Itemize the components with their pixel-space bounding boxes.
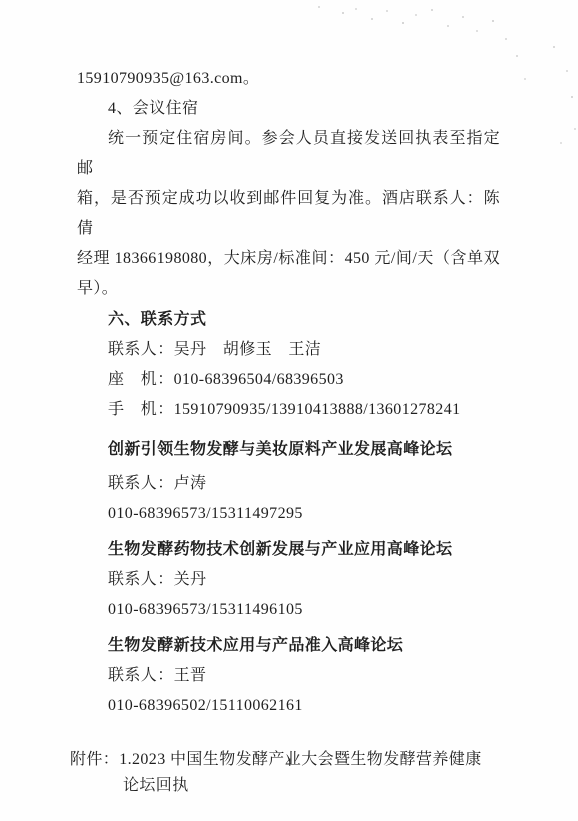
contact-persons-line: 联系人：吴丹 胡修玉 王洁 [77, 335, 500, 365]
forum-contact-line: 联系人：王晋 [77, 661, 500, 691]
contact-section-heading: 六、联系方式 [77, 305, 500, 335]
accommodation-body-line: 箱，是否预定成功以收到邮件回复为准。酒店联系人：陈倩 [77, 184, 500, 244]
accommodation-body-line: 经理 18366198080，大床房/标准间：450 元/间/天（含单双 [77, 244, 500, 274]
forum-title: 生物发酵药物技术创新发展与产业应用高峰论坛 [77, 535, 500, 565]
accommodation-heading: 4、会议住宿 [77, 94, 500, 124]
forum-title: 创新引领生物发酵与美妆原料产业发展高峰论坛 [77, 435, 500, 465]
forum-section: 创新引领生物发酵与美妆原料产业发展高峰论坛 联系人：卢涛 010-6839657… [77, 435, 500, 529]
accommodation-body-line: 早）。 [77, 274, 500, 304]
forum-title: 生物发酵新技术应用与产品准入高峰论坛 [77, 631, 500, 661]
forum-phone-line: 010-68396573/15311497295 [77, 499, 500, 529]
forum-contact-line: 联系人：关丹 [77, 565, 500, 595]
page-number: 4 [77, 750, 500, 774]
landline-phone-line: 座 机：010-68396504/68396503 [77, 365, 500, 395]
document-page: 15910790935@163.com。 4、会议住宿 统一预定住宿房间。参会人… [0, 0, 578, 821]
forum-phone-line: 010-68396573/15311496105 [77, 595, 500, 625]
attachment-line: 论坛回执 [123, 773, 500, 799]
forum-section: 生物发酵药物技术创新发展与产业应用高峰论坛 联系人：关丹 010-6839657… [77, 535, 500, 625]
email-continuation-line: 15910790935@163.com。 [77, 64, 500, 94]
forum-section: 生物发酵新技术应用与产品准入高峰论坛 联系人：王晋 010-68396502/1… [77, 631, 500, 721]
mobile-phone-line: 手 机：15910790935/13910413888/13601278241 [77, 395, 500, 425]
scan-noise-speckles [0, 0, 2, 2]
forum-phone-line: 010-68396502/15110062161 [77, 691, 500, 721]
accommodation-body-line: 统一预定住宿房间。参会人员直接发送回执表至指定邮 [77, 124, 500, 184]
forum-contact-line: 联系人：卢涛 [77, 469, 500, 499]
document-content: 15910790935@163.com。 4、会议住宿 统一预定住宿房间。参会人… [77, 64, 500, 799]
